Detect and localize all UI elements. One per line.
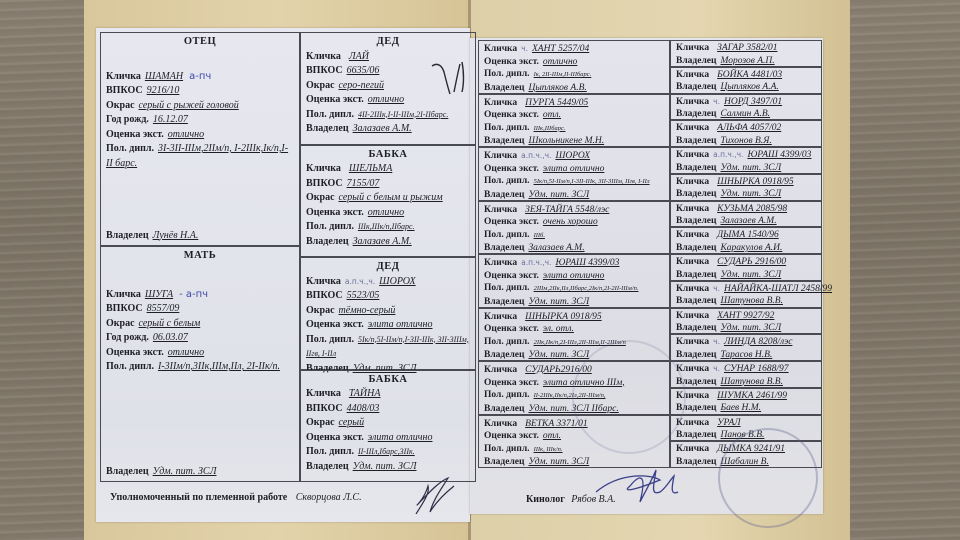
great-grandparent-diplomas: Iк, 2II-IIIм,II-IIIбарс. xyxy=(534,71,592,78)
label: ВПКОС xyxy=(306,290,343,301)
great-great-grandparent-name: СУДАРЬ 2916/00 xyxy=(717,257,786,267)
label: Кличка xyxy=(306,163,341,174)
label: Окрас xyxy=(106,100,135,111)
label: Пол. дипл. xyxy=(484,390,530,400)
great-great-grandparent-name: ЛИНДА 8208/лэс xyxy=(724,337,792,347)
great-great-grandparent-card: Кличкач.НАЙАЙКА-ШАТЛ 2458/99 ВладелецШат… xyxy=(670,281,822,308)
grandparent-diplomas: IIIк,IIIк/п,IIбарс. xyxy=(358,222,415,231)
label: Владелец xyxy=(484,136,524,146)
label: Кличка xyxy=(106,71,141,82)
father-grade: отлично xyxy=(168,129,204,140)
label: Пол. дипл. xyxy=(106,361,154,372)
title-prefix: ч. xyxy=(713,337,720,346)
label: Пол. дипл. xyxy=(484,230,530,240)
great-grandparent-owner: Цыпляков А.В. xyxy=(528,83,586,93)
great-grandparent-grade: отлично xyxy=(543,57,578,67)
mother-color: серый с белым xyxy=(139,318,201,329)
round-stamp-icon xyxy=(718,428,818,528)
grandparent-owner: Удм. пит. ЗСЛ xyxy=(353,461,417,472)
label: Кличка xyxy=(676,123,709,133)
great-great-grandparent-card: КличкаШУМКА 2461/99 ВладелецБаев Н.М. xyxy=(670,388,822,415)
label: Владелец xyxy=(676,216,716,226)
handwritten-note: - а-пч xyxy=(179,289,208,300)
great-grandparent-grade: отл. xyxy=(543,110,561,120)
great-grandparent-diplomas: IIIб. xyxy=(534,232,545,239)
label: Кличка xyxy=(484,258,517,268)
great-great-grandparent-name: УРАЛ xyxy=(717,418,740,428)
label: Окрас xyxy=(306,305,335,316)
label: Кличка xyxy=(676,284,709,294)
breeding-officer-name: Скворцова Л.С. xyxy=(296,492,362,503)
label: Владелец xyxy=(676,189,716,199)
great-great-grandparent-name: ШУМКА 2461/99 xyxy=(717,391,787,401)
great-great-grandparent-card: КличкаКУЗЬМА 2085/98 ВладелецЗалазаев А.… xyxy=(670,201,822,228)
great-grandparent-name: ЗЕЯ-ТАЙГА 5548/лэс xyxy=(525,205,609,215)
label: Владелец xyxy=(484,297,524,307)
great-great-grandparent-card: Кличкаа.п.ч.,ч.ЮРАШ 4399/03 ВладелецУдм.… xyxy=(670,147,822,174)
great-great-grandparent-card: Кличкач.НОРД 3497/01 ВладелецСалмин А.В. xyxy=(670,94,822,121)
label: Владелец xyxy=(676,270,716,280)
great-grandparent-name: ХАНТ 5257/04 xyxy=(532,44,589,54)
label: Владелец xyxy=(676,163,716,173)
great-grandparent-owner: Удм. пит. ЗСЛ xyxy=(528,297,589,307)
label: Кличка xyxy=(676,230,709,240)
label: Кличка xyxy=(306,276,341,287)
round-stamp-icon xyxy=(572,340,686,454)
label: Пол. дипл. xyxy=(484,69,530,79)
great-grandparent-owner: Удм. пит. ЗСЛ xyxy=(528,350,589,360)
grandparent-card: БАБКА КличкаШЕЛЬМА ВПКОС7155/07 Окрассер… xyxy=(300,145,476,258)
grandparent-owner: Залазаев А.М. xyxy=(353,236,412,247)
great-grandparent-grade: очень хорошо xyxy=(543,217,598,227)
label: Владелец xyxy=(676,109,716,119)
great-great-grandparent-name: ЗАГАР 3582/01 xyxy=(717,43,777,53)
label: Кличка xyxy=(484,365,517,375)
label: Кличка xyxy=(676,43,709,53)
label: Оценка экст. xyxy=(106,129,164,140)
breeding-officer-label: Уполномоченный по племенной работе xyxy=(110,492,287,503)
label: Владелец xyxy=(676,323,716,333)
label: Кличка xyxy=(306,388,341,399)
label: Владелец xyxy=(306,123,349,134)
great-great-grandparent-owner: Цыпляков А.А. xyxy=(720,82,778,92)
label: Пол. дипл. xyxy=(306,334,354,345)
label: Владелец xyxy=(676,430,716,440)
great-great-grandparent-owner: Шатунова В.В. xyxy=(720,296,783,306)
label: Владелец xyxy=(484,83,524,93)
label: Год рожд. xyxy=(106,332,149,343)
label: ВПКОС xyxy=(306,65,343,76)
grandparent-color: серо-пегий xyxy=(339,80,384,91)
label: Кличка xyxy=(676,257,709,267)
label: Кличка xyxy=(676,311,709,321)
label: Оценка экст. xyxy=(484,378,539,388)
label: Кличка xyxy=(106,289,141,300)
great-grandparent-card: Кличкаа.п.ч.,ч.ШОРОХ Оценка экст.элита о… xyxy=(478,147,670,201)
grandparent-diplomas: II-IIIл,Iбарс,3IIк. xyxy=(358,447,415,456)
mother-birth: 06.03.07 xyxy=(153,332,188,343)
great-grandparent-card: КличкаПУРГА 5449/05 Оценка экст.отл. Пол… xyxy=(478,94,670,148)
title-prefix: а.п.ч.,ч. xyxy=(713,150,743,159)
label: Оценка экст. xyxy=(484,431,539,441)
bird-doodle-icon xyxy=(430,58,470,98)
mother-card: МАТЬ КличкаШУГА- а-пч ВПКОС8557/09 Окрас… xyxy=(100,246,300,482)
mother-reg: 8557/09 xyxy=(147,303,180,314)
great-grandparent-card: КличкаЗЕЯ-ТАЙГА 5548/лэс Оценка экст.оче… xyxy=(478,201,670,255)
label: Владелец xyxy=(106,466,149,477)
father-owner: Лунёв Н.А. xyxy=(153,230,199,241)
grandparent-color: серый с белым и рыжим xyxy=(339,192,443,203)
grandparent-header: ДЕД xyxy=(306,260,470,275)
great-great-grandparent-name: БОЙКА 4481/03 xyxy=(717,70,782,80)
label: Оценка экст. xyxy=(484,57,539,67)
label: Пол. дипл. xyxy=(484,337,530,347)
great-great-grandparent-card: КличкаЗАГАР 3582/01 ВладелецМорозов А.П. xyxy=(670,40,822,67)
label: Окрас xyxy=(306,192,335,203)
great-grandparent-owner: Залазаев А.М. xyxy=(528,243,584,253)
great-great-grandparent-owner: Удм. пит. ЗСЛ xyxy=(720,163,781,173)
label: Окрас xyxy=(106,318,135,329)
great-great-grandparent-name: НАЙАЙКА-ШАТЛ 2458/99 xyxy=(724,284,832,294)
label: Владелец xyxy=(676,56,716,66)
label: Кличка xyxy=(676,150,709,160)
great-great-grandparent-name: ДЫМА 1540/96 xyxy=(717,230,779,240)
label: Кличка xyxy=(484,312,517,322)
grandparent-name: ЛАЙ xyxy=(349,51,369,62)
label: Кличка xyxy=(484,98,517,108)
mother-header: МАТЬ xyxy=(106,249,294,264)
great-grandparent-grade: элита отлично xyxy=(543,164,604,174)
great-grandparent-grade: отл. xyxy=(543,431,561,441)
great-great-grandparent-name: КУЗЬМА 2085/98 xyxy=(717,204,787,214)
label: Оценка экст. xyxy=(306,207,364,218)
grandparent-reg: 7155/07 xyxy=(347,178,380,189)
great-grandparent-diplomas: 5Iк/п,5I-IIм/п,I-3II-IIIк, 3II-3IIIм, II… xyxy=(534,178,650,185)
great-great-grandparent-name: СУНАР 1688/97 xyxy=(724,364,789,374)
great-grandparent-card: Кличкаа.п.ч.,ч.ЮРАШ 4399/03 Оценка экст.… xyxy=(478,254,670,308)
great-great-grandparent-card: КличкаАЛЬФА 4057/02 ВладелецТихонов В.Я. xyxy=(670,120,822,147)
label: Пол. дипл. xyxy=(484,444,530,454)
label: Окрас xyxy=(306,80,335,91)
label: Оценка экст. xyxy=(484,217,539,227)
label: Владелец xyxy=(676,136,716,146)
father-card: ОТЕЦ КличкаШАМАНа-пч ВПКОС9216/10 Окрасс… xyxy=(100,32,300,246)
signature-icon xyxy=(408,474,458,520)
label: ВПКОС xyxy=(106,303,143,314)
label: Оценка экст. xyxy=(306,94,364,105)
label: Кличка xyxy=(676,97,709,107)
great-great-grandparent-owner: Салмин А.В. xyxy=(720,109,770,119)
label: Пол. дипл. xyxy=(106,143,154,154)
great-great-grandparent-card: Кличкач.ЛИНДА 8208/лэс ВладелецТарасов Н… xyxy=(670,334,822,361)
label: Владелец xyxy=(484,350,524,360)
label: Оценка экст. xyxy=(484,271,539,281)
title-prefix: а.п.ч.,ч. xyxy=(521,258,551,267)
label: Пол. дипл. xyxy=(306,221,354,232)
label: Оценка экст. xyxy=(484,324,539,334)
label: Кличка xyxy=(676,204,709,214)
grandparent-name: ШЕЛЬМА xyxy=(349,163,392,174)
label: Кличка xyxy=(676,177,709,187)
cynologist-label: Кинолог xyxy=(526,494,565,505)
label: Оценка экст. xyxy=(484,110,539,120)
great-great-grandparent-owner: Удм. пит. ЗСЛ xyxy=(720,323,781,333)
mother-name: ШУГА xyxy=(145,289,173,300)
label: Окрас xyxy=(306,417,335,428)
great-great-grandparent-owner: Каракулов А.И. xyxy=(720,243,782,253)
label: Оценка экст. xyxy=(306,319,364,330)
great-great-grandparent-name: ХАНТ 9927/92 xyxy=(717,311,774,321)
mother-diplomas: I-3IIм/п,3IIк,IIIм,IIл, 2I-IIк/п. xyxy=(158,361,280,372)
grandparent-name: ШОРОХ xyxy=(379,276,415,287)
label: Владелец xyxy=(676,82,716,92)
great-grandparent-owner: Удм. пит. ЗСЛ xyxy=(528,457,589,467)
handwritten-note: а-пч xyxy=(189,71,211,82)
label: Владелец xyxy=(676,350,716,360)
grandparent-grade: отлично xyxy=(368,94,404,105)
label: Кличка xyxy=(676,444,709,454)
label: Пол. дипл. xyxy=(484,123,530,133)
great-grandparent-name: ПУРГА 5449/05 xyxy=(525,98,588,108)
label: Кличка xyxy=(676,337,709,347)
title-prefix: ч. xyxy=(713,97,720,106)
great-grandparent-grade: элита отлично xyxy=(543,271,604,281)
label: Владелец xyxy=(484,404,524,414)
label: ВПКОС xyxy=(306,178,343,189)
mother-owner: Удм. пит. ЗСЛ xyxy=(153,466,217,477)
great-great-grandparent-card: КличкаШНЫРКА 0918/95 ВладелецУдм. пит. З… xyxy=(670,174,822,201)
grandparent-reg: 6635/06 xyxy=(347,65,380,76)
father-header: ОТЕЦ xyxy=(106,35,294,50)
grandparent-owner: Залазаев А.М. xyxy=(353,123,412,134)
grandparent-card: ДЕД Кличкаа.п.ч.,ч.ШОРОХ ВПКОС5523/05 Ок… xyxy=(300,257,476,370)
great-grandparent-diplomas: 2IIIм,2IIк,IIл,IIбарс,2Iк/п,2I-2II-IIIм/… xyxy=(534,285,639,292)
father-name: ШАМАН xyxy=(145,71,183,82)
label: Пол. дипл. xyxy=(484,176,530,186)
label: ВПКОС xyxy=(106,85,143,96)
great-great-grandparent-name: АЛЬФА 4057/02 xyxy=(717,123,781,133)
grandparent-header: БАБКА xyxy=(306,373,470,388)
label: Пол. дипл. xyxy=(484,283,530,293)
great-great-grandparent-owner: Морозов А.П. xyxy=(720,56,774,66)
great-great-grandparent-name: ЮРАШ 4399/03 xyxy=(747,150,811,160)
label: Владелец xyxy=(484,243,524,253)
title-prefix: ч. xyxy=(713,284,720,293)
great-great-grandparent-card: КличкаБОЙКА 4481/03 ВладелецЦыпляков А.А… xyxy=(670,67,822,94)
great-grandparent-card: Кличкач.ХАНТ 5257/04 Оценка экст.отлично… xyxy=(478,40,670,94)
label: Владелец xyxy=(484,457,524,467)
label: Кличка xyxy=(484,419,517,429)
label: Владелец xyxy=(484,190,524,200)
label: Оценка экст. xyxy=(306,432,364,443)
title-prefix: а.п.ч.,ч. xyxy=(345,277,375,286)
great-great-grandparent-card: КличкаСУДАРЬ 2916/00 ВладелецУдм. пит. З… xyxy=(670,254,822,281)
great-great-grandparent-owner: Тарасов Н.В. xyxy=(720,350,772,360)
great-great-grandparent-card: КличкаДЫМА 1540/96 ВладелецКаракулов А.И… xyxy=(670,227,822,254)
great-great-grandparent-card: Кличкач.СУНАР 1688/97 ВладелецШатунова В… xyxy=(670,361,822,388)
label: Владелец xyxy=(676,296,716,306)
label: Оценка экст. xyxy=(484,164,539,174)
great-grandparent-grade: эл. отл. xyxy=(543,324,574,334)
grandparent-color: серый xyxy=(339,417,365,428)
title-prefix: ч. xyxy=(521,44,528,53)
signature-icon xyxy=(590,462,690,510)
title-prefix: ч. xyxy=(713,364,720,373)
label: Владелец xyxy=(106,230,149,241)
great-grandparent-name: ШНЫРКА 0918/95 xyxy=(525,312,601,322)
label: ВПКОС xyxy=(306,403,343,414)
great-great-grandparent-owner: Тихонов В.Я. xyxy=(720,136,771,146)
father-reg: 9216/10 xyxy=(147,85,180,96)
great-grandparent-name: ШОРОХ xyxy=(555,151,590,161)
great-grandparent-name: ЮРАШ 4399/03 xyxy=(555,258,619,268)
grandparent-reg: 4408/03 xyxy=(347,403,380,414)
label: Пол. дипл. xyxy=(306,446,354,457)
great-great-grandparent-owner: Шатунова В.В. xyxy=(720,377,783,387)
great-great-grandparent-name: ШНЫРКА 0918/95 xyxy=(717,177,793,187)
label: Владелец xyxy=(306,461,349,472)
label: Владелец xyxy=(306,236,349,247)
label: Кличка xyxy=(484,151,517,161)
grandparent-name: ТАЙНА xyxy=(349,388,381,399)
label: Кличка xyxy=(676,364,709,374)
label: Оценка экст. xyxy=(106,347,164,358)
grandparent-header: ДЕД xyxy=(306,35,470,50)
label: Кличка xyxy=(306,51,341,62)
label: Кличка xyxy=(484,205,517,215)
great-great-grandparent-owner: Залазаев А.М. xyxy=(720,216,776,226)
great-great-grandparent-card: КличкаХАНТ 9927/92 ВладелецУдм. пит. ЗСЛ xyxy=(670,308,822,335)
grandparent-reg: 5523/05 xyxy=(347,290,380,301)
grandparent-color: тёмно-серый xyxy=(339,305,396,316)
great-grandparent-diplomas: IIIк,IIIбарс. xyxy=(534,125,566,132)
great-grandparent-owner: Удм. пит. ЗСЛ xyxy=(528,190,589,200)
great-great-grandparent-owner: Баев Н.М. xyxy=(720,403,761,413)
great-grandparent-owner: Школьникене М.Н. xyxy=(528,136,604,146)
label: Пол. дипл. xyxy=(306,109,354,120)
title-prefix: а.п.ч.,ч. xyxy=(521,151,551,160)
grandparent-card: БАБКА КличкаТАЙНА ВПКОС4408/03 Окрассеры… xyxy=(300,370,476,483)
grandparent-grade: отлично xyxy=(368,207,404,218)
grandparent-header: БАБКА xyxy=(306,148,470,163)
breeding-officer-line: Уполномоченный по племенной работе Сквор… xyxy=(110,492,362,503)
father-color: серый с рыжей головой xyxy=(139,100,239,111)
grandparent-grade: элита отлично xyxy=(368,432,433,443)
father-birth: 16.12.07 xyxy=(153,114,188,125)
great-great-grandparent-owner: Удм. пит. ЗСЛ xyxy=(720,189,781,199)
great-grandparent-diplomas: IIIк, IIIк/п. xyxy=(534,446,563,453)
grandparent-diplomas: 4II-2IIIк,I-II-IIIм,2I-IIбарс. xyxy=(358,110,448,119)
label: Владелец xyxy=(676,243,716,253)
mother-grade: отлично xyxy=(168,347,204,358)
label: Кличка xyxy=(676,70,709,80)
grandparent-grade: элита отлично xyxy=(368,319,433,330)
label: Год рожд. xyxy=(106,114,149,125)
label: Кличка xyxy=(484,44,517,54)
great-great-grandparent-owner: Удм. пит. ЗСЛ xyxy=(720,270,781,280)
great-great-grandparent-name: НОРД 3497/01 xyxy=(724,97,782,107)
